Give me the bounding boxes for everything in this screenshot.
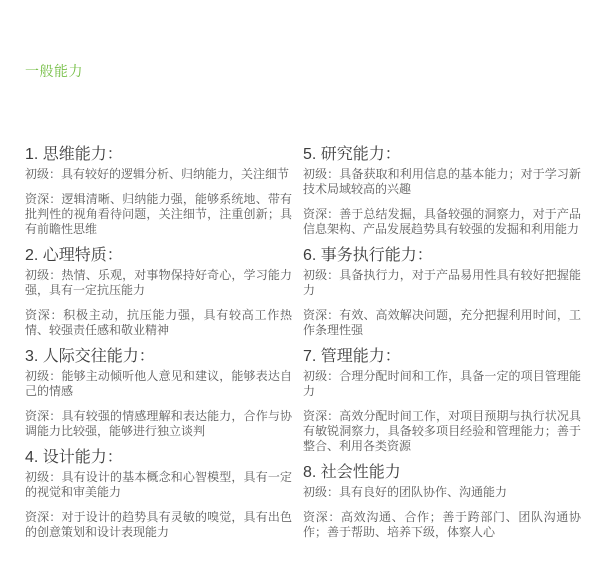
section-heading: 6. 事务执行能力： xyxy=(303,247,581,264)
level-paragraph: 初级：具有较好的逻辑分析、归纳能力，关注细节 xyxy=(25,167,292,182)
right-column: 5. 研究能力： 初级：具备获取和利用信息的基本能力；对于学习新技术局域较高的兴… xyxy=(303,146,581,550)
level-paragraph: 资深：高效沟通、合作；善于跨部门、团队沟通协作；善于帮助、培养下级，体察人心 xyxy=(303,510,581,540)
level-paragraph: 初级：具有设计的基本概念和心智模型，具有一定的视觉和审美能力 xyxy=(25,470,292,500)
level-label: 初级： xyxy=(25,268,61,282)
section-social-ability: 8. 社会性能力 初级：具有良好的团队协作、沟通能力 资深：高效沟通、合作；善于… xyxy=(303,464,581,540)
level-paragraph: 资深：善于总结发掘，具备较强的洞察力，对于产品信息架构、产品发展趋势具有较强的发… xyxy=(303,207,581,237)
level-text: 积极主动，抗压能力强，具有较高工作热情、较强责任感和敬业精神 xyxy=(25,308,292,337)
section-heading: 1. 思维能力： xyxy=(25,146,292,163)
level-label: 初级： xyxy=(25,167,61,181)
page-title: 一般能力 xyxy=(25,61,83,81)
section-management-ability: 7. 管理能力： 初级：合理分配时间和工作，具备一定的项目管理能力 资深：高效分… xyxy=(303,348,581,454)
section-heading: 7. 管理能力： xyxy=(303,348,581,365)
section-thinking-ability: 1. 思维能力： 初级：具有较好的逻辑分析、归纳能力，关注细节 资深：逻辑清晰、… xyxy=(25,146,292,237)
level-paragraph: 资深：积极主动，抗压能力强，具有较高工作热情、较强责任感和敬业精神 xyxy=(25,308,292,338)
level-text: 具有较强的情感理解和表达能力，合作与协调能力比较强，能够进行独立谈判 xyxy=(25,409,292,438)
section-heading: 8. 社会性能力 xyxy=(303,464,581,481)
level-text: 有效、高效解决问题，充分把握利用时间，工作条理性强 xyxy=(303,308,581,337)
level-text: 具有设计的基本概念和心智模型，具有一定的视觉和审美能力 xyxy=(25,470,292,499)
level-label: 资深： xyxy=(25,308,63,322)
level-label: 资深： xyxy=(303,207,339,221)
level-paragraph: 资深：高效分配时间工作，对项目预期与执行状况具有敏锐洞察力，具备较多项目经验和管… xyxy=(303,409,581,454)
level-label: 初级： xyxy=(25,470,61,484)
level-label: 初级： xyxy=(303,485,339,499)
level-paragraph: 初级：能够主动倾听他人意见和建议，能够表达自己的情感 xyxy=(25,369,292,399)
level-label: 资深： xyxy=(303,308,339,322)
level-paragraph: 初级：具有良好的团队协作、沟通能力 xyxy=(303,485,581,500)
level-label: 初级： xyxy=(25,369,61,383)
level-text: 善于总结发掘，具备较强的洞察力，对于产品信息架构、产品发展趋势具有较强的发掘和利… xyxy=(303,207,581,236)
left-column: 1. 思维能力： 初级：具有较好的逻辑分析、归纳能力，关注细节 资深：逻辑清晰、… xyxy=(25,146,292,550)
section-execution-ability: 6. 事务执行能力： 初级：具备执行力，对于产品易用性具有较好把握能力 资深：有… xyxy=(303,247,581,338)
level-text: 具有良好的团队协作、沟通能力 xyxy=(339,485,507,499)
section-heading: 3. 人际交往能力： xyxy=(25,348,292,365)
section-design-ability: 4. 设计能力： 初级：具有设计的基本概念和心智模型，具有一定的视觉和审美能力 … xyxy=(25,449,292,540)
level-text: 热情、乐观，对事物保持好奇心，学习能力强，具有一定抗压能力 xyxy=(25,268,292,297)
section-heading: 4. 设计能力： xyxy=(25,449,292,466)
level-paragraph: 初级：热情、乐观，对事物保持好奇心，学习能力强，具有一定抗压能力 xyxy=(25,268,292,298)
document-page: 一般能力 1. 思维能力： 初级：具有较好的逻辑分析、归纳能力，关注细节 资深：… xyxy=(0,0,600,576)
section-heading: 2. 心理特质： xyxy=(25,247,292,264)
level-paragraph: 资深：具有较强的情感理解和表达能力，合作与协调能力比较强，能够进行独立谈判 xyxy=(25,409,292,439)
level-text: 具有较好的逻辑分析、归纳能力，关注细节 xyxy=(61,167,289,181)
level-label: 资深： xyxy=(303,510,341,524)
level-text: 能够主动倾听他人意见和建议，能够表达自己的情感 xyxy=(25,369,292,398)
level-text: 具备获取和利用信息的基本能力；对于学习新技术局域较高的兴趣 xyxy=(303,167,581,196)
section-psychological-traits: 2. 心理特质： 初级：热情、乐观，对事物保持好奇心，学习能力强，具有一定抗压能… xyxy=(25,247,292,338)
level-paragraph: 初级：合理分配时间和工作，具备一定的项目管理能力 xyxy=(303,369,581,399)
level-paragraph: 资深：逻辑清晰、归纳能力强，能够系统地、带有批判性的视角看待问题，关注细节，注重… xyxy=(25,192,292,237)
level-label: 初级： xyxy=(303,369,339,383)
section-research-ability: 5. 研究能力： 初级：具备获取和利用信息的基本能力；对于学习新技术局域较高的兴… xyxy=(303,146,581,237)
level-text: 高效分配时间工作，对项目预期与执行状况具有敏锐洞察力，具备较多项目经验和管理能力… xyxy=(303,409,581,453)
level-text: 高效沟通、合作；善于跨部门、团队沟通协作；善于帮助、培养下级，体察人心 xyxy=(303,510,581,539)
level-text: 合理分配时间和工作，具备一定的项目管理能力 xyxy=(303,369,581,398)
level-paragraph: 资深：对于设计的趋势具有灵敏的嗅觉，具有出色的创意策划和设计表现能力 xyxy=(25,510,292,540)
level-label: 初级： xyxy=(303,268,339,282)
level-paragraph: 初级：具备获取和利用信息的基本能力；对于学习新技术局域较高的兴趣 xyxy=(303,167,581,197)
level-label: 资深： xyxy=(25,409,61,423)
level-text: 具备执行力，对于产品易用性具有较好把握能力 xyxy=(303,268,581,297)
two-column-layout: 1. 思维能力： 初级：具有较好的逻辑分析、归纳能力，关注细节 资深：逻辑清晰、… xyxy=(25,146,581,550)
level-text: 逻辑清晰、归纳能力强，能够系统地、带有批判性的视角看待问题，关注细节，注重创新；… xyxy=(25,192,292,236)
level-label: 资深： xyxy=(25,510,61,524)
level-label: 初级： xyxy=(303,167,339,181)
section-heading: 5. 研究能力： xyxy=(303,146,581,163)
level-label: 资深： xyxy=(303,409,339,423)
level-label: 资深： xyxy=(25,192,61,206)
level-paragraph: 初级：具备执行力，对于产品易用性具有较好把握能力 xyxy=(303,268,581,298)
level-text: 对于设计的趋势具有灵敏的嗅觉，具有出色的创意策划和设计表现能力 xyxy=(25,510,292,539)
level-paragraph: 资深：有效、高效解决问题，充分把握利用时间，工作条理性强 xyxy=(303,308,581,338)
section-interpersonal-ability: 3. 人际交往能力： 初级：能够主动倾听他人意见和建议，能够表达自己的情感 资深… xyxy=(25,348,292,439)
